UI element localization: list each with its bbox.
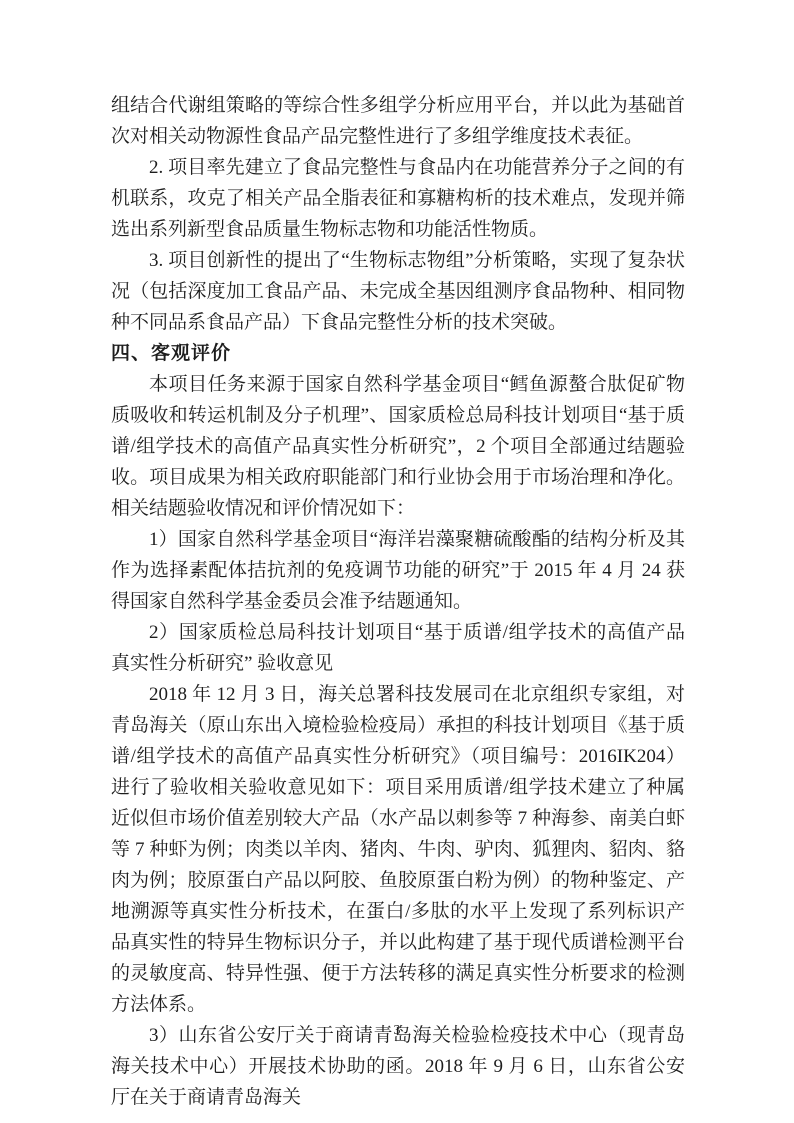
section-heading-objective-evaluation: 四、客观评价 <box>111 338 685 369</box>
document-page: 组结合代谢组策略的等综合性多组学分析应用平台，并以此为基础首次对相关动物源性食品… <box>0 0 794 1123</box>
numbered-item-2: 2. 项目率先建立了食品完整性与食品内在功能营养分子之间的有机联系，攻克了相关产… <box>111 152 685 245</box>
paragraph-acceptance-opinion: 2018 年 12 月 3 日，海关总署科技发展司在北京组织专家组，对青岛海关（… <box>111 679 685 1020</box>
document-body: 组结合代谢组策略的等综合性多组学分析应用平台，并以此为基础首次对相关动物源性食品… <box>111 90 685 1113</box>
sub-item-1-nsfc-project: 1）国家自然科学基金项目“海洋岩藻聚糖硫酸酯的结构分析及其作为选择素配体拮抗剂的… <box>111 524 685 617</box>
numbered-item-3: 3. 项目创新性的提出了“生物标志物组”分析策略，实现了复杂状况（包括深度加工食… <box>111 245 685 338</box>
paragraph-project-source: 本项目任务来源于国家自然科学基金项目“鳕鱼源螯合肽促矿物质吸收和转运机制及分子机… <box>111 369 685 524</box>
paragraph-continuation: 组结合代谢组策略的等综合性多组学分析应用平台，并以此为基础首次对相关动物源性食品… <box>111 90 685 152</box>
page-number: 3 <box>0 1022 794 1040</box>
sub-item-2-aqsiq-project: 2）国家质检总局科技计划项目“基于质谱/组学技术的高值产品真实性分析研究” 验收… <box>111 617 685 679</box>
